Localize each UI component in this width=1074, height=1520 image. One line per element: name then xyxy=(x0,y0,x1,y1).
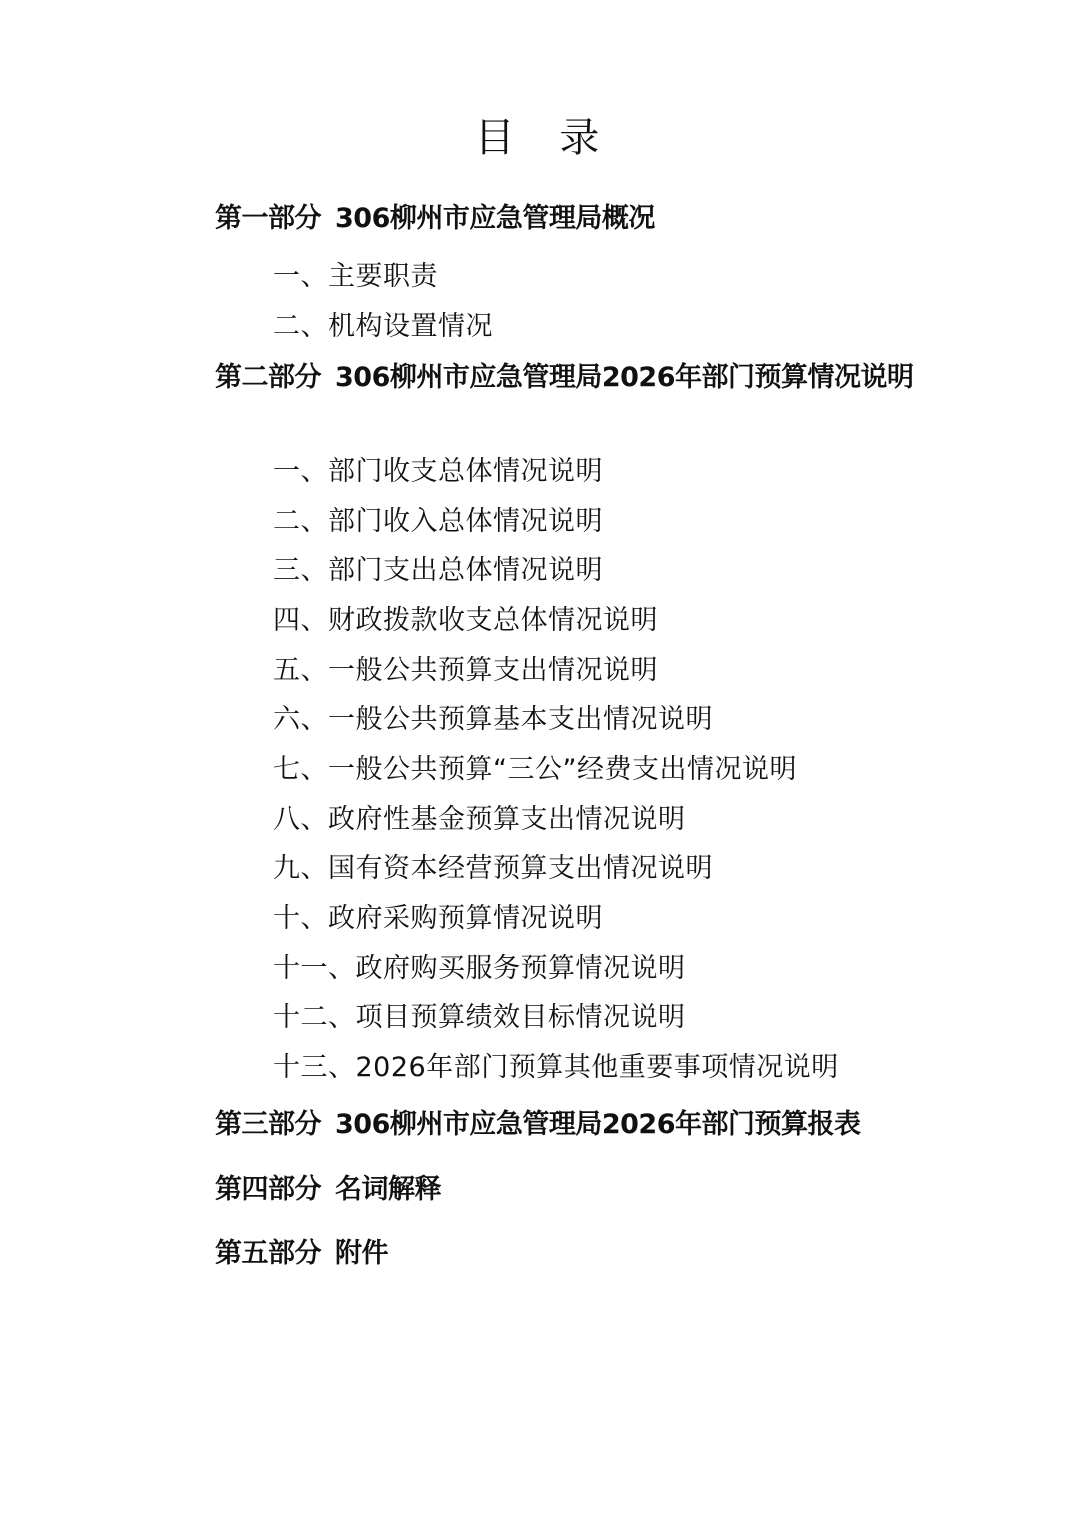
toc-item[interactable]: 九、国有资本经营预算支出情况说明 xyxy=(273,846,713,885)
toc-item[interactable]: 二、机构设置情况 xyxy=(273,304,493,343)
toc-item[interactable]: 十二、项目预算绩效目标情况说明 xyxy=(273,995,686,1034)
toc-item[interactable]: 七、一般公共预算“三公”经费支出情况说明 xyxy=(273,747,797,786)
part-label: 第三部分 xyxy=(215,1109,321,1140)
toc-item[interactable]: 一、主要职责 xyxy=(273,254,438,293)
toc-part-4[interactable]: 第四部分名词解释 xyxy=(215,1167,441,1206)
toc-title: 目 录 xyxy=(0,106,1074,163)
toc-part-2[interactable]: 第二部分306柳州市应急管理局2026年部门预算情况说明 xyxy=(158,361,918,395)
toc-item[interactable]: 八、政府性基金预算支出情况说明 xyxy=(273,797,686,836)
toc-part-1[interactable]: 第一部分306柳州市应急管理局概况 xyxy=(215,196,655,235)
toc-item[interactable]: 二、部门收入总体情况说明 xyxy=(273,499,603,538)
toc-item[interactable]: 十三、2026年部门预算其他重要事项情况说明 xyxy=(273,1045,839,1084)
toc-item[interactable]: 一、部门收支总体情况说明 xyxy=(273,449,603,488)
part-label: 第二部分 xyxy=(215,362,321,393)
part-label: 第四部分 xyxy=(215,1174,321,1205)
document-page: 目 录 第一部分306柳州市应急管理局概况 一、主要职责 二、机构设置情况 第二… xyxy=(0,0,1074,1520)
part-text: 306柳州市应急管理局概况 xyxy=(335,203,655,234)
toc-item[interactable]: 三、部门支出总体情况说明 xyxy=(273,548,603,587)
toc-item[interactable]: 五、一般公共预算支出情况说明 xyxy=(273,648,658,687)
part-text: 306柳州市应急管理局2026年部门预算情况说明 xyxy=(335,362,914,393)
toc-item[interactable]: 十、政府采购预算情况说明 xyxy=(273,896,603,935)
part-label: 第一部分 xyxy=(215,203,321,234)
part-text: 306柳州市应急管理局2026年部门预算报表 xyxy=(335,1109,861,1140)
part-label: 第五部分 xyxy=(215,1238,321,1269)
toc-part-5[interactable]: 第五部分附件 xyxy=(215,1231,388,1270)
toc-item[interactable]: 四、财政拨款收支总体情况说明 xyxy=(273,598,658,637)
toc-part-3[interactable]: 第三部分306柳州市应急管理局2026年部门预算报表 xyxy=(215,1102,861,1141)
toc-item[interactable]: 六、一般公共预算基本支出情况说明 xyxy=(273,697,713,736)
part-text: 名词解释 xyxy=(335,1174,441,1205)
toc-item[interactable]: 十一、政府购买服务预算情况说明 xyxy=(273,946,686,985)
part-text: 附件 xyxy=(335,1238,388,1269)
